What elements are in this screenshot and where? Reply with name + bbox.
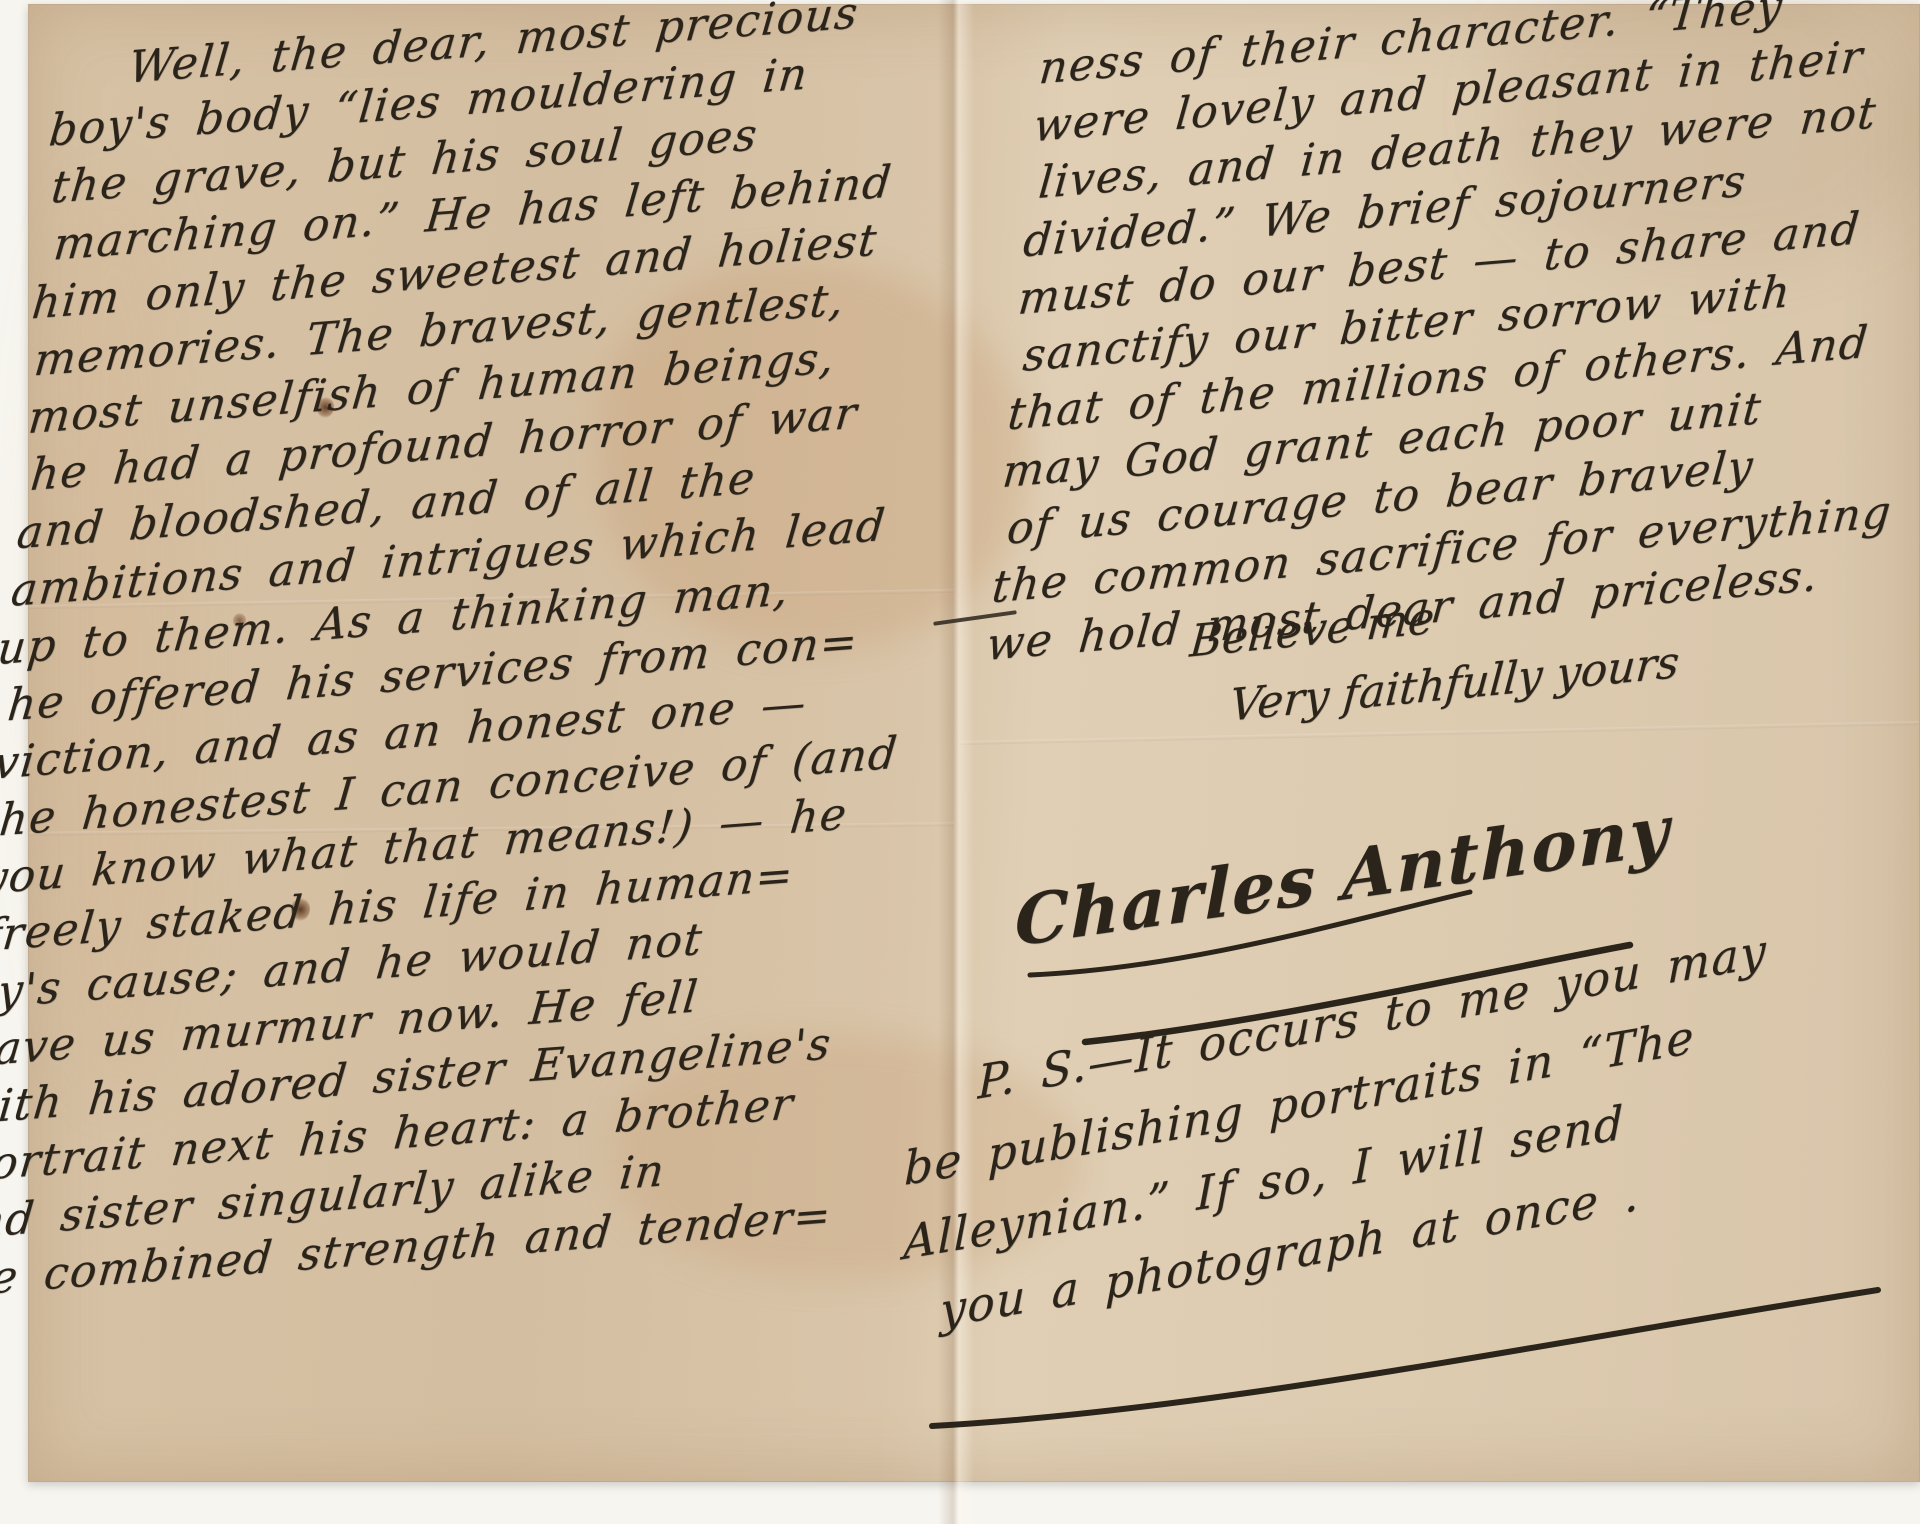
right-page-text: ness of their character. “Theywere lovel… [984,0,1899,674]
horizontal-crease-right [959,721,1919,745]
scanned-letter-view: { "letter": { "kind": "handwritten lette… [0,0,1920,1524]
left-page-lines: Well, the dear, most preciousboy's body … [0,0,934,1311]
right-page-lines: ness of their character. “Theywere lovel… [984,0,1899,674]
left-page-text: Well, the dear, most preciousboy's body … [0,0,934,1311]
closing-bottom-flourish [920,1278,1890,1443]
